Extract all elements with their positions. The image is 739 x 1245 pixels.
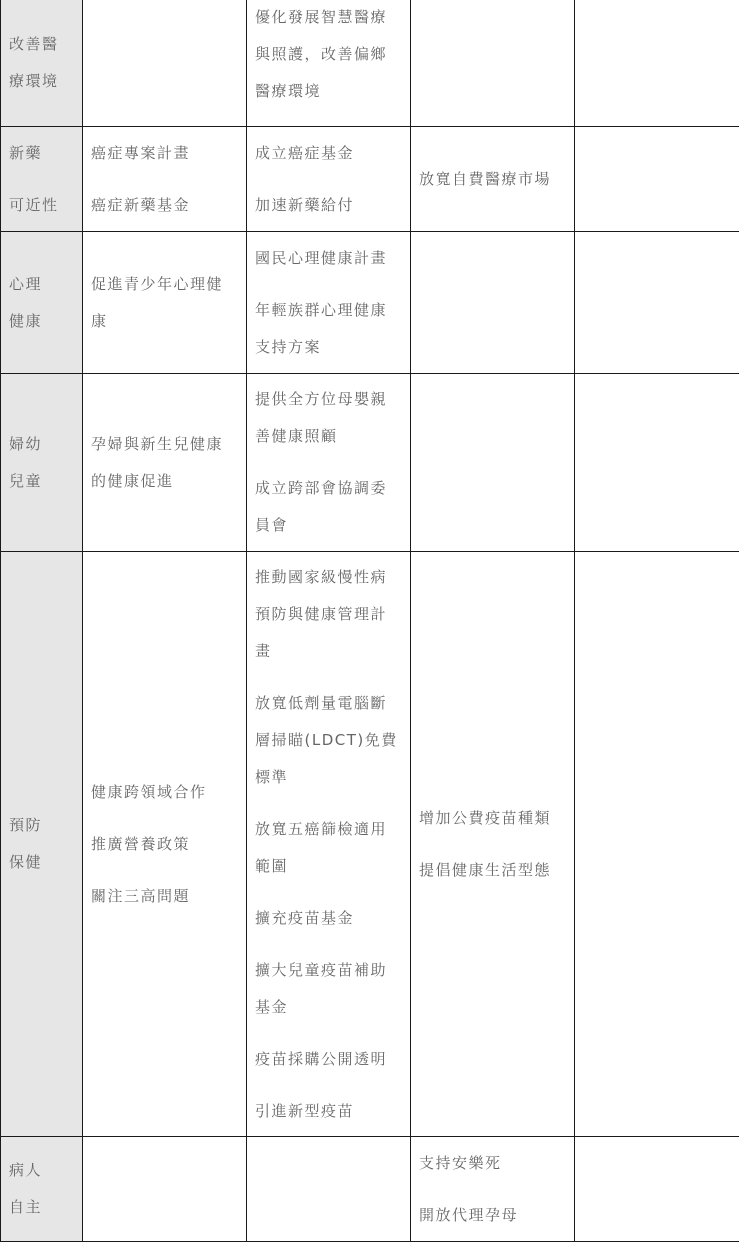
policy-cell: 優化發展智慧醫療與照護，改善偏鄉醫療環境: [247, 0, 411, 127]
category-label-line: 病人: [9, 1152, 74, 1189]
category-label-line: 預防: [9, 807, 74, 844]
category-label-line: 新藥: [9, 135, 74, 172]
policy-item: 國民心理健康計畫: [255, 240, 402, 277]
category-label-line: 自主: [9, 1189, 74, 1226]
policy-item: 孕婦與新生兒健康的健康促進: [91, 426, 238, 500]
category-cell: 改善醫 療環境: [1, 0, 83, 127]
policy-cell: 孕婦與新生兒健康的健康促進: [83, 374, 247, 552]
policy-item: 提供全方位母嬰親善健康照顧: [255, 381, 402, 455]
category-cell: 病人 自主: [1, 1137, 83, 1242]
policy-cell: 增加公費疫苗種類 提倡健康生活型態: [411, 552, 575, 1137]
policy-cell: 放寬自費醫療市場: [411, 127, 575, 232]
policy-cell: 癌症專案計畫 癌症新藥基金: [83, 127, 247, 232]
policy-item: 加速新藥給付: [255, 187, 402, 224]
category-cell: 婦幼 兒童: [1, 374, 83, 552]
policy-item: 支持安樂死: [419, 1145, 566, 1182]
policy-cell: [83, 1137, 247, 1242]
policy-cell: 成立癌症基金 加速新藥給付: [247, 127, 411, 232]
policy-cell: [411, 232, 575, 374]
policy-cell: 推動國家級慢性病預防與健康管理計畫 放寬低劑量電腦斷層掃瞄(LDCT)免費標準 …: [247, 552, 411, 1137]
category-cell: 新藥 可近性: [1, 127, 83, 232]
policy-item: 放寬低劑量電腦斷層掃瞄(LDCT)免費標準: [255, 685, 402, 796]
table-row-patient-autonomy: 病人 自主 支持安樂死 開放代理孕母: [1, 1137, 739, 1242]
policy-item: 開放代理孕母: [419, 1197, 566, 1234]
policy-cell: [575, 127, 739, 232]
policy-item: 癌症專案計畫: [91, 135, 238, 172]
policy-cell: 支持安樂死 開放代理孕母: [411, 1137, 575, 1242]
table-row-preventive-care: 預防 保健 健康跨領域合作 推廣營養政策 關注三高問題 推動國家級慢性病預防與健…: [1, 552, 739, 1137]
policy-cell: [575, 232, 739, 374]
policy-cell: 促進青少年心理健康: [83, 232, 247, 374]
category-cell: 心理 健康: [1, 232, 83, 374]
policy-item: 提倡健康生活型態: [419, 852, 566, 889]
policy-item: 關注三高問題: [91, 878, 238, 915]
table-row-women-children: 婦幼 兒童 孕婦與新生兒健康的健康促進 提供全方位母嬰親善健康照顧 成立跨部會協…: [1, 374, 739, 552]
table-row-new-drug-access: 新藥 可近性 癌症專案計畫 癌症新藥基金 成立癌症基金 加速新藥給付 放寬自費醫…: [1, 127, 739, 232]
policy-cell: [83, 0, 247, 127]
policy-item: 放寬五癌篩檢適用範圍: [255, 811, 402, 885]
policy-cell: [575, 1137, 739, 1242]
policy-item: 引進新型疫苗: [255, 1093, 402, 1130]
policy-item: 成立癌症基金: [255, 135, 402, 172]
policy-item: 年輕族群心理健康支持方案: [255, 292, 402, 366]
category-label-line: 婦幼: [9, 426, 74, 463]
policy-cell: [575, 552, 739, 1137]
table-row-mental-health: 心理 健康 促進青少年心理健康 國民心理健康計畫 年輕族群心理健康支持方案: [1, 232, 739, 374]
policy-item: 推廣營養政策: [91, 826, 238, 863]
category-label-line: 心理: [9, 266, 74, 303]
policy-item: 擴大兒童疫苗補助基金: [255, 952, 402, 1026]
policy-comparison-table: 改善醫 療環境 優化發展智慧醫療與照護，改善偏鄉醫療環境 新藥 可近性 癌症專案…: [0, 0, 739, 1242]
policy-cell: [411, 0, 575, 127]
category-label-line: 改善醫: [9, 26, 74, 63]
policy-item: 成立跨部會協調委員會: [255, 470, 402, 544]
policy-item: 促進青少年心理健康: [91, 266, 238, 340]
policy-cell: 提供全方位母嬰親善健康照顧 成立跨部會協調委員會: [247, 374, 411, 552]
policy-cell: [411, 374, 575, 552]
policy-item: 健康跨領域合作: [91, 774, 238, 811]
policy-cell: 健康跨領域合作 推廣營養政策 關注三高問題: [83, 552, 247, 1137]
policy-cell: 國民心理健康計畫 年輕族群心理健康支持方案: [247, 232, 411, 374]
policy-item: 擴充疫苗基金: [255, 900, 402, 937]
category-label-line: 保健: [9, 844, 74, 881]
category-cell: 預防 保健: [1, 552, 83, 1137]
policy-item: 增加公費疫苗種類: [419, 800, 566, 837]
category-label-line: 健康: [9, 303, 74, 340]
policy-cell: [575, 374, 739, 552]
policy-cell: [247, 1137, 411, 1242]
policy-item: 癌症新藥基金: [91, 187, 238, 224]
policy-item: 推動國家級慢性病預防與健康管理計畫: [255, 559, 402, 670]
policy-item: 放寬自費醫療市場: [419, 161, 566, 198]
category-label-line: 兒童: [9, 463, 74, 500]
policy-item: 優化發展智慧醫療與照護，改善偏鄉醫療環境: [255, 0, 402, 110]
policy-cell: [575, 0, 739, 127]
category-label-line: 可近性: [9, 187, 74, 224]
table-row-medical-environment: 改善醫 療環境 優化發展智慧醫療與照護，改善偏鄉醫療環境: [1, 0, 739, 127]
policy-item: 疫苗採購公開透明: [255, 1041, 402, 1078]
category-label-line: 療環境: [9, 63, 74, 100]
